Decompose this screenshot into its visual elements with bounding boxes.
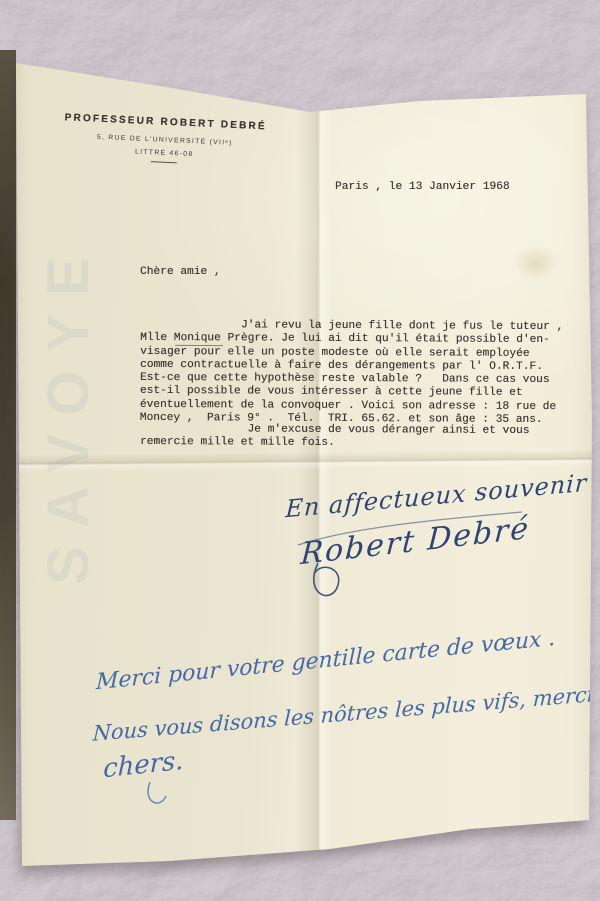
photo-watermark: SAVOYE: [35, 182, 115, 642]
body-line: remercie mille et mille fois.: [140, 436, 529, 451]
typed-underline-mark: [175, 345, 223, 346]
body-paragraph-2: Je m'excuse de vous déranger ainsi et vo…: [140, 423, 530, 452]
body-paragraph-1: J'ai revu la jeune fille dont je fus le …: [140, 319, 564, 428]
letterhead: PROFESSEUR ROBERT DEBRÉ 5, RUE DE L'UNIV…: [58, 112, 272, 168]
paper-stain: [505, 238, 567, 288]
dateline: Paris , le 13 Janvier 1968: [335, 181, 510, 194]
salutation: Chère amie ,: [140, 266, 221, 279]
photograph: SAVOYE PROFESSEUR ROBERT DEBRÉ 5, RUE DE…: [0, 0, 600, 901]
letter-page: SAVOYE PROFESSEUR ROBERT DEBRÉ 5, RUE DE…: [0, 0, 600, 901]
letterhead-telephone: LITTRÉ 46-08: [58, 145, 270, 162]
